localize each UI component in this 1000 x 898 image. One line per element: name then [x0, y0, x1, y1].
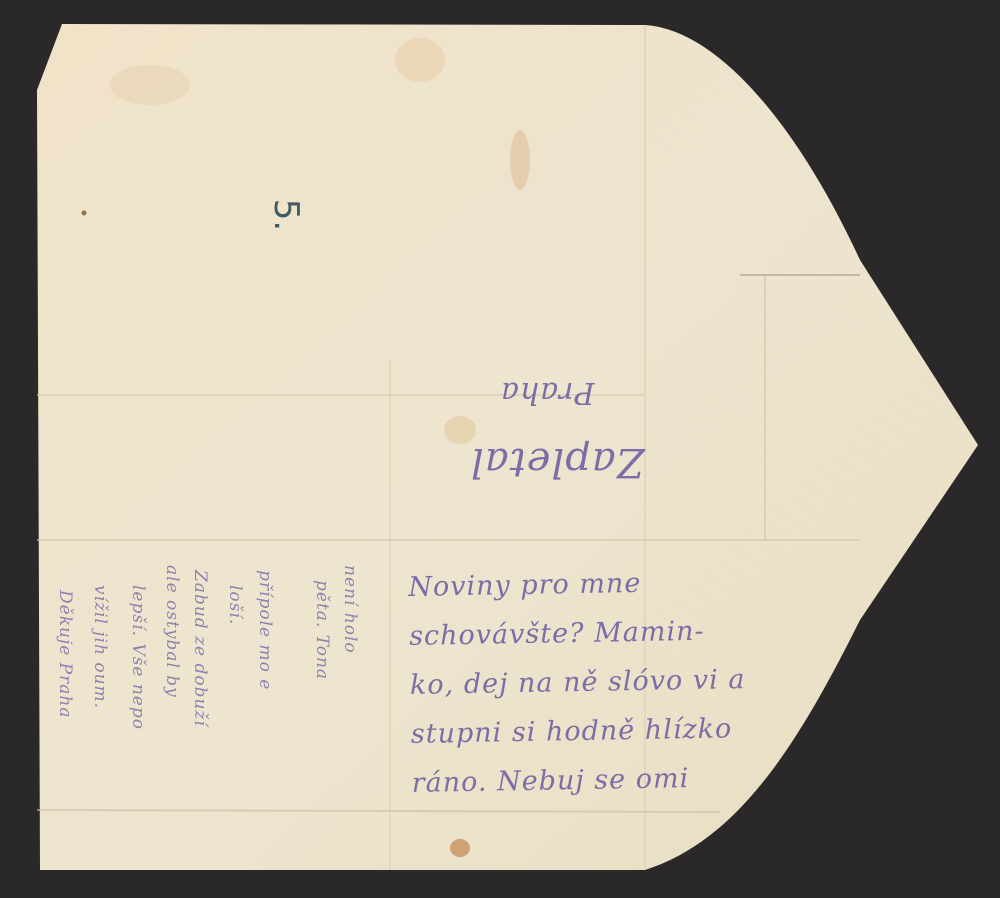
side-text-column: není holo: [340, 565, 360, 654]
address-block: Zapletal Praha: [440, 355, 640, 505]
main-handwritten-text: Noviny pro mneschovávšte? Mamin-ko, dej …: [408, 557, 748, 808]
side-vertical-text: není holo pěta. Tona přípole mo e loší. …: [50, 565, 370, 775]
main-text-line: ráno. Nebuj se omi: [411, 753, 747, 808]
main-text-line: ko, dej na ně slóvo vi a: [410, 655, 746, 710]
main-text-line: schovávšte? Mamin-: [409, 606, 745, 661]
side-text-column: Děkuje Praha: [55, 590, 75, 718]
pencil-number-mark: 5.: [266, 199, 306, 231]
address-name: Zapletal: [470, 439, 644, 485]
address-city: Praha: [500, 375, 595, 410]
main-text-line: stupni si hodně hlízko: [410, 704, 746, 759]
main-text-line: Noviny pro mne: [408, 557, 744, 612]
side-text-column: loší.: [225, 585, 245, 625]
side-text-column: lepší. Vše nepo: [128, 585, 148, 730]
side-text-column: vížil jih oum.: [90, 585, 110, 709]
stain: [450, 839, 470, 857]
document-stage: 5. Zapletal Praha Noviny pro mneschovávš…: [0, 0, 1000, 898]
side-text-column: pěta. Tona: [312, 580, 332, 680]
side-text-column: přípole mo e: [255, 570, 275, 690]
side-text-column: Zabud ze dobuží: [190, 570, 210, 727]
side-text-column: ale ostybal by: [162, 565, 182, 698]
